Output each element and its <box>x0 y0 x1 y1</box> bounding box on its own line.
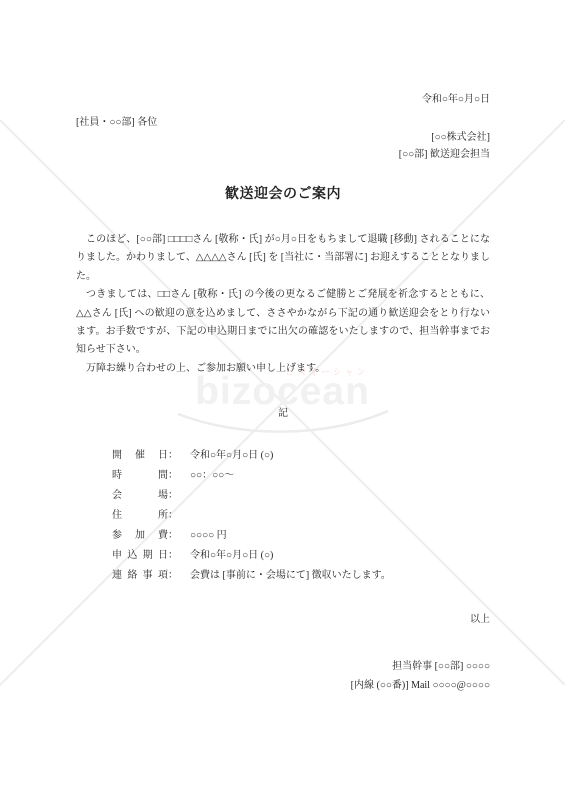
detail-value: 令和○年○月○日 (○) <box>190 546 273 566</box>
company-name: [○○株式会社] <box>76 130 490 145</box>
organizer-contact: 担当幹事 [○○部] ○○○○ <box>76 659 490 674</box>
detail-label: 連絡事項 <box>112 566 168 586</box>
detail-label: 会場 <box>112 486 168 506</box>
closing-marker: 以上 <box>76 612 490 627</box>
detail-colon: ： <box>168 546 178 566</box>
issue-date: 令和○年○月○日 <box>76 92 490 107</box>
body-text: このほど、[○○部] □□□□さん [敬称・氏] が○月○日をもちまして退職 [… <box>76 231 490 378</box>
detail-value: ○○○○ 円 <box>190 526 227 546</box>
detail-row-notes: 連絡事項：会費は [事前に・会場にて] 徴収いたします。 <box>112 566 490 586</box>
detail-colon: ： <box>168 566 178 586</box>
detail-label: 時間 <box>112 466 168 486</box>
document-page: bizocean ビズオーシャン 令和○年○月○日 [社員・○○部] 各位 [○… <box>0 0 565 800</box>
detail-value: 令和○年○月○日 (○) <box>190 446 273 466</box>
sender-department: [○○部] 歓送迎会担当 <box>76 147 490 162</box>
document-title: 歓送迎会のご案内 <box>76 186 490 204</box>
detail-row-event-date: 開催日：令和○年○月○日 (○) <box>112 446 490 466</box>
detail-row-fee: 参加費：○○○○ 円 <box>112 526 490 546</box>
contact-extension-mail: [内線 (○○番)] Mail ○○○○@○○○○ <box>76 678 490 693</box>
detail-row-deadline: 申込期日：令和○年○月○日 (○) <box>112 546 490 566</box>
details-list: 開催日：令和○年○月○日 (○) 時間：○○：○○～ 会場： 住所： 参加費：○… <box>112 446 490 586</box>
detail-row-address: 住所： <box>112 506 490 526</box>
detail-value: ○○：○○～ <box>190 466 234 486</box>
body-paragraph-1: このほど、[○○部] □□□□さん [敬称・氏] が○月○日をもちまして退職 [… <box>76 231 490 286</box>
detail-label: 申込期日 <box>112 546 168 566</box>
detail-colon: ： <box>168 486 178 506</box>
detail-colon: ： <box>168 466 178 486</box>
recipient: [社員・○○部] 各位 <box>76 115 490 130</box>
body-paragraph-2: つきましては、□□さん [敬称・氏] の今後の更なるご健勝とご発展を祈念するとと… <box>76 286 490 360</box>
detail-row-time: 時間：○○：○○～ <box>112 466 490 486</box>
document-content: 令和○年○月○日 [社員・○○部] 各位 [○○株式会社] [○○部] 歓送迎会… <box>76 0 490 693</box>
detail-colon: ： <box>168 506 178 526</box>
detail-label: 開催日 <box>112 446 168 466</box>
record-marker: 記 <box>76 406 490 421</box>
detail-label: 参加費 <box>112 526 168 546</box>
detail-value: 会費は [事前に・会場にて] 徴収いたします。 <box>190 566 391 586</box>
detail-label: 住所 <box>112 506 168 526</box>
detail-colon: ： <box>168 446 178 466</box>
detail-row-venue: 会場： <box>112 486 490 506</box>
body-paragraph-3: 万障お繰り合わせの上、ご参加お願い申し上げます。 <box>76 360 490 378</box>
detail-colon: ： <box>168 526 178 546</box>
